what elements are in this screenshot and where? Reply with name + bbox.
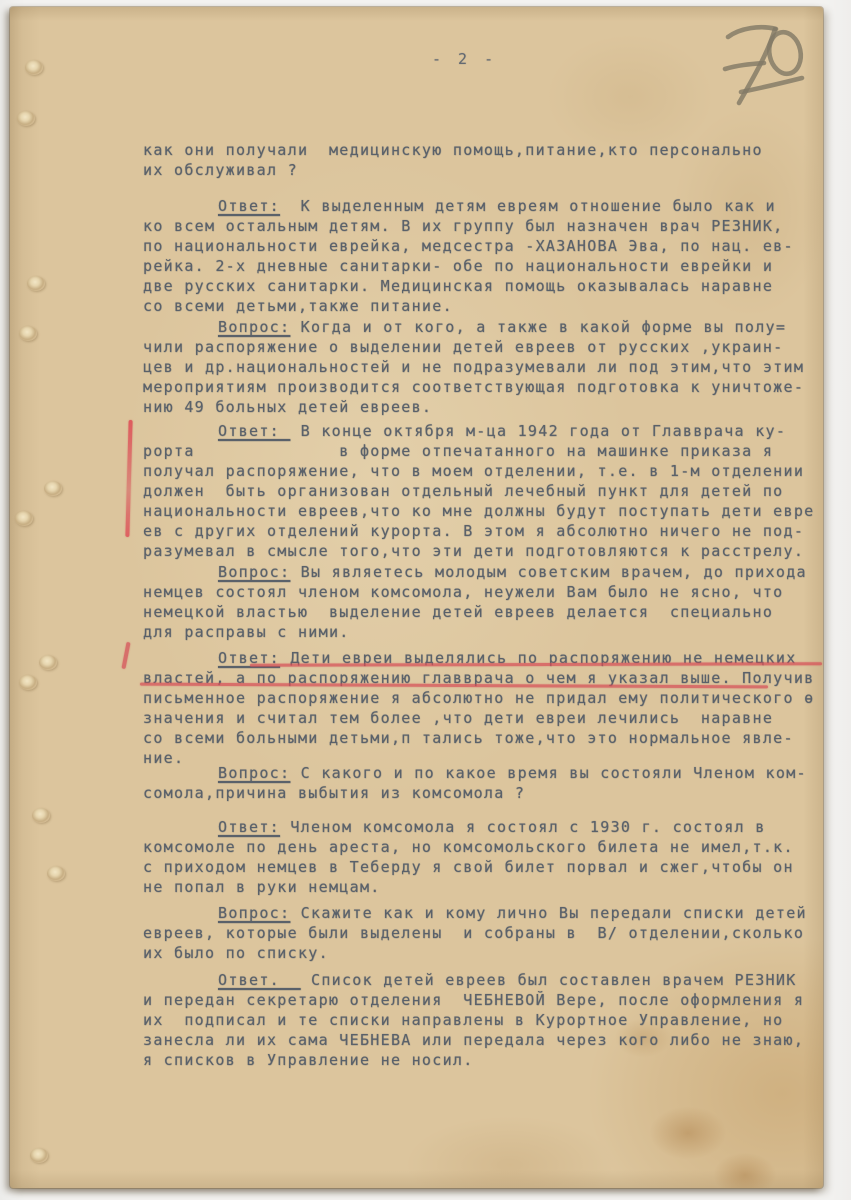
text-line: их было по списку. <box>143 943 838 963</box>
paragraph-question: Вопрос: С какого и по какое время вы сос… <box>143 763 838 803</box>
text-line: и передан секретарю отделения ЧЕБНЕВОЙ В… <box>143 990 838 1010</box>
text-line: Вопрос: Скажите как и кому лично Вы пере… <box>143 903 838 923</box>
text-line: занесла ли их сама ЧЕБНЕВА или передала … <box>143 1030 838 1050</box>
text-line: евреев, которые были выделены и собраны … <box>143 923 838 943</box>
text-line: Ответ. Список детей евреев был составлен… <box>143 970 838 990</box>
text-line: немцев состоял членом комсомола, неужели… <box>143 582 838 602</box>
text-line: для расправы с ними. <box>143 622 838 642</box>
text-line: получал распоряжение, что в моем отделен… <box>143 461 838 481</box>
text-line: Ответ: К выделенным детям евреям отношен… <box>143 196 838 216</box>
paragraph-label: Вопрос: <box>218 904 290 922</box>
paragraph-question: Вопрос: Когда и от кого, а также в какой… <box>143 317 838 417</box>
text-line: Вопрос: Когда и от кого, а также в какой… <box>143 317 838 337</box>
text-line: Ответ: В конце октября м-ца 1942 года от… <box>143 421 838 441</box>
text-line: две русских санитарки. Медицинская помощ… <box>143 276 838 296</box>
text-line: со всеми детьми,также питание. <box>143 296 838 316</box>
typewritten-text: как они получали медицинскую помощь,пита… <box>0 0 851 1200</box>
text-line: по национальности еврейка, медсестра -ХА… <box>143 236 838 256</box>
text-line: немецкой властью выделение детей евреев … <box>143 602 838 622</box>
paragraph-label: Вопрос: <box>218 318 290 336</box>
text-line: Вопрос: Вы являетесь молодым советским в… <box>143 562 838 582</box>
paragraph-label: Ответ: <box>218 197 280 215</box>
text-line: ев с других отделений курорта. В этом я … <box>143 521 838 541</box>
text-line: мероприятиям производится соответствующа… <box>143 377 838 397</box>
paragraph-label: Ответ. <box>218 971 301 989</box>
text-line: со всеми больными детьми,п тались тоже,ч… <box>143 728 838 748</box>
text-line: разумевал в смысле того,что эти дети под… <box>143 541 838 561</box>
text-line: их подписал и те списки направлены в Кур… <box>143 1010 838 1030</box>
paragraph-label: Ответ: <box>218 422 290 440</box>
text-line: Ответ: Членом комсомола я состоял с 1930… <box>143 817 838 837</box>
text-line: комсомоле по день ареста, но комсомольск… <box>143 837 838 857</box>
text-line: ко всем остальным детям. В их группу был… <box>143 216 838 236</box>
paragraph-answer: Ответ. Список детей евреев был составлен… <box>143 970 838 1070</box>
paragraph-answer: Ответ: К выделенным детям евреям отношен… <box>143 196 838 316</box>
paragraph-answer: Ответ: Членом комсомола я состоял с 1930… <box>143 817 838 897</box>
paragraph-label: Вопрос: <box>218 764 290 782</box>
text-line: чили распоряжение о выделении детей евре… <box>143 337 838 357</box>
text-line: рорта в форме отпечатанного на машинке п… <box>143 441 838 461</box>
paragraph-answer: Ответ: В конце октября м-ца 1942 года от… <box>143 421 838 561</box>
text-line: как они получали медицинскую помощь,пита… <box>143 140 838 160</box>
text-line: национальности евреев,что ко мне должны … <box>143 501 838 521</box>
text-line: рейка. 2-х дневные санитарки- обе по нац… <box>143 256 838 276</box>
text-line: с приходом немцев в Теберду я свой билет… <box>143 857 838 877</box>
paragraph-question: Вопрос: Скажите как и кому лично Вы пере… <box>143 903 838 963</box>
text-line: цев и др.национальностей и не подразумев… <box>143 357 838 377</box>
paragraph-label: Вопрос: <box>218 563 290 581</box>
text-line: сомола,причина выбытия из комсомола ? <box>143 783 838 803</box>
text-line: нию 49 больных детей евреев. <box>143 397 838 417</box>
text-line: должен быть организован отдельный лечебн… <box>143 481 838 501</box>
text-line: не попал в руки немцам. <box>143 877 838 897</box>
text-line: я списков в Управление не носил. <box>143 1050 838 1070</box>
text-line: письменное распоряжение я абсолютно не п… <box>143 688 838 708</box>
text-line: Вопрос: С какого и по какое время вы сос… <box>143 763 838 783</box>
text-line: их обслуживал ? <box>143 160 838 180</box>
paragraph-continuation: как они получали медицинскую помощь,пита… <box>143 140 838 180</box>
paragraph-label: Ответ: <box>218 818 280 836</box>
text-line: значения и считал тем более ,что дети ев… <box>143 708 838 728</box>
paragraph-question: Вопрос: Вы являетесь молодым советским в… <box>143 562 838 642</box>
